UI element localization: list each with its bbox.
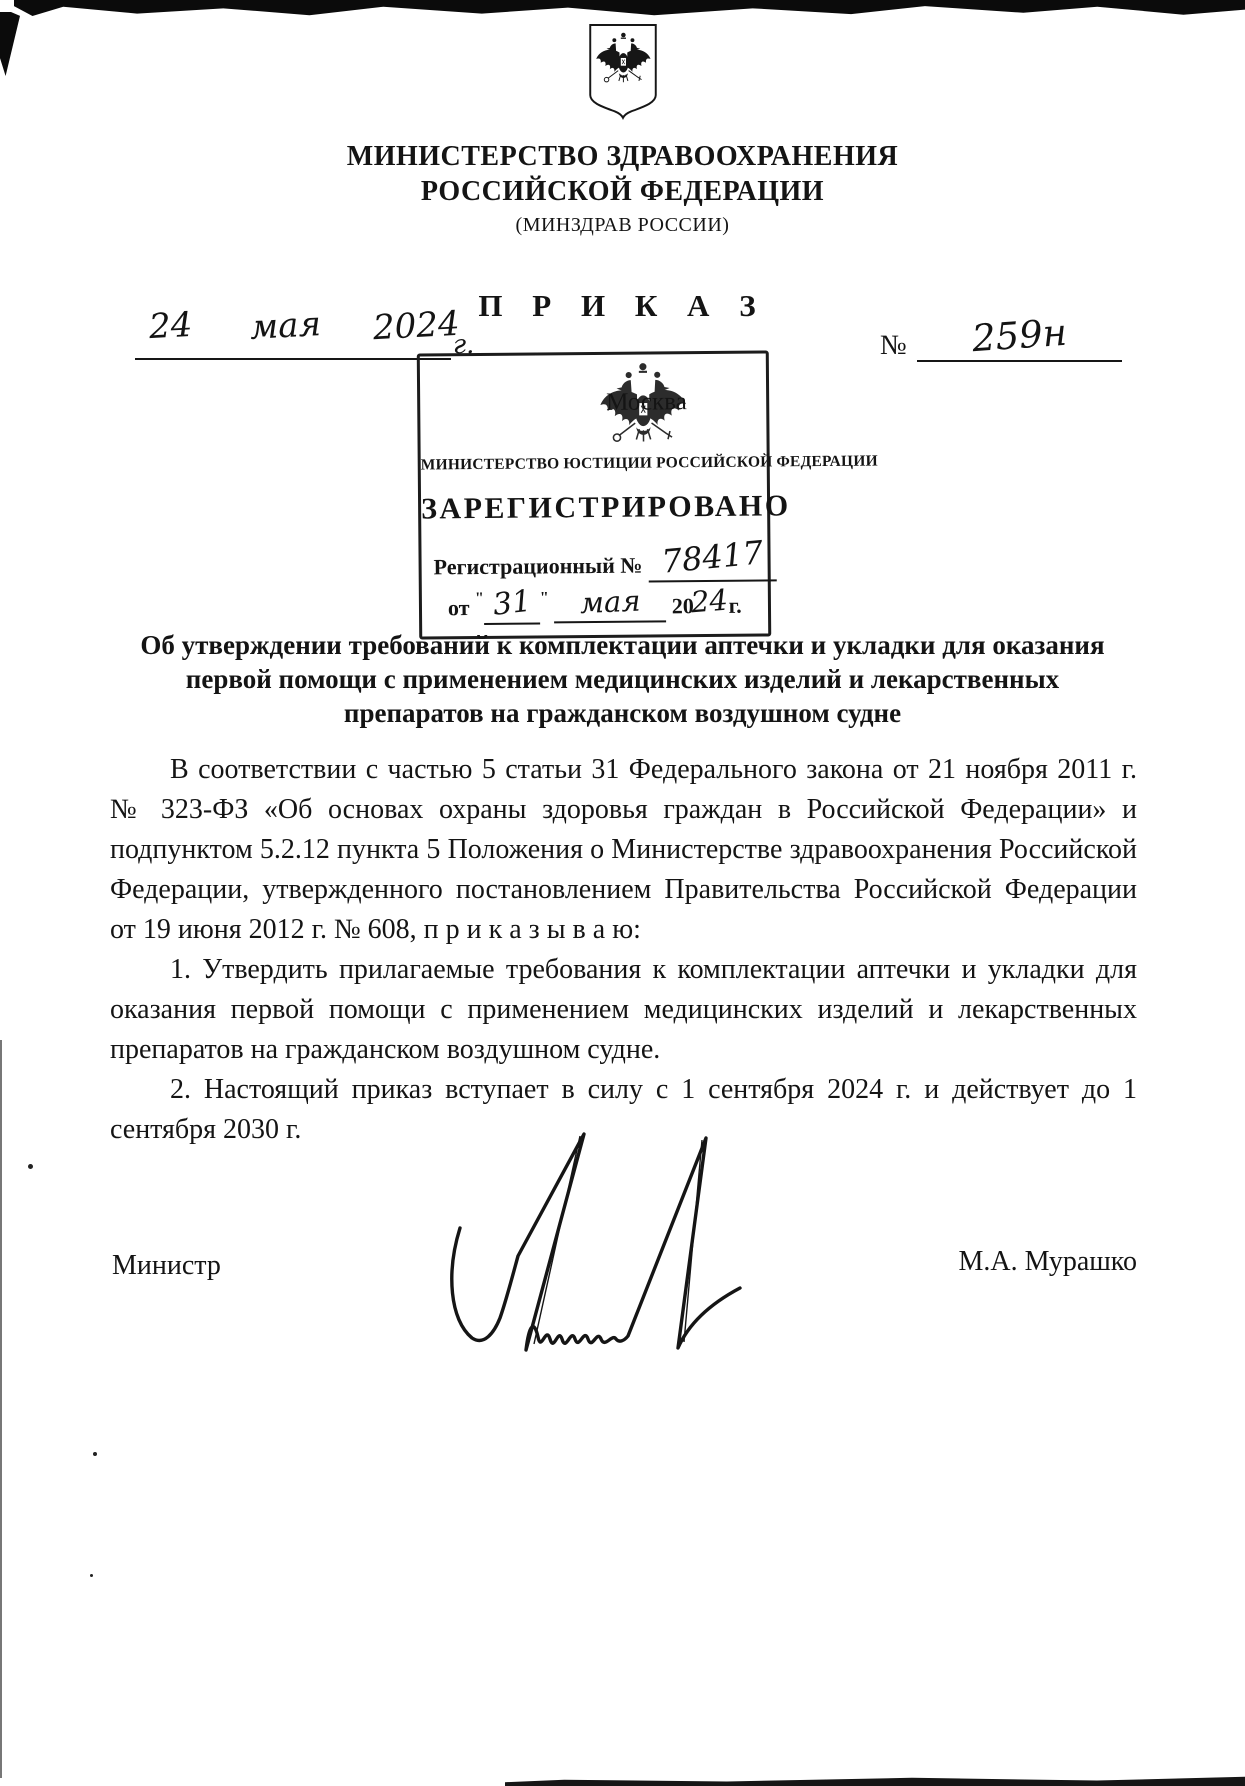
- stamp-city: Москва: [606, 388, 687, 417]
- body-paragraph-2: 1. Утвердить прилагаемые требования к ко…: [110, 950, 1137, 1070]
- stamp-reg-number-line: 78417: [648, 541, 776, 582]
- stamp-date-day-line: 31: [484, 587, 540, 624]
- stamp-quote-close: ": [540, 589, 549, 606]
- justice-registration-stamp: Москва МИНИСТЕРСТВО ЮСТИЦИИ РОССИЙСКОЙ Ф…: [417, 350, 771, 639]
- order-title-line2: первой помощи с применением медицинских …: [98, 662, 1147, 696]
- signer-position: Министр: [112, 1250, 221, 1282]
- stamp-quote-open: ": [475, 590, 484, 607]
- stamp-date-month-line: мая: [554, 586, 666, 623]
- ministry-name-line2: РОССИЙСКОЙ ФЕДЕРАЦИИ: [0, 174, 1245, 209]
- scan-speck: [28, 1164, 33, 1169]
- document-header: МИНИСТЕРСТВО ЗДРАВООХРАНЕНИЯ РОССИЙСКОЙ …: [0, 20, 1245, 237]
- signer-name: М.А. Мурашко: [959, 1246, 1138, 1278]
- scan-artifact-left-edge: [0, 1040, 2, 1778]
- stamp-reg-number-handwritten: 78417: [660, 533, 765, 581]
- minister-signature-icon: [388, 1128, 778, 1373]
- stamp-reg-label: Регистрационный №: [434, 553, 643, 580]
- stamp-date-prefix: от: [448, 595, 470, 620]
- document-page: МИНИСТЕРСТВО ЗДРАВООХРАНЕНИЯ РОССИЙСКОЙ …: [0, 0, 1245, 1786]
- order-date-day-handwritten: 24: [148, 305, 193, 347]
- scan-speck: [93, 1452, 97, 1456]
- order-date-field: 24 мая 2024: [135, 306, 451, 360]
- stamp-date-suffix: г.: [729, 593, 742, 618]
- order-title-line3: препаратов на гражданском воздушном судн…: [98, 696, 1147, 730]
- order-title-line1: Об утверждении требований к комплектации…: [98, 628, 1147, 662]
- order-date-year-handwritten: 2024: [372, 304, 461, 348]
- order-number-handwritten: 259н: [970, 311, 1068, 361]
- scan-artifact-bottom-bar: [505, 1776, 1245, 1786]
- stamp-date-month-handwritten: мая: [579, 584, 641, 621]
- scan-artifact-top-bar: [14, 0, 1245, 16]
- stamp-ministry-name: МИНИСТЕРСТВО ЮСТИЦИИ РОССИЙСКОЙ ФЕДЕРАЦИ…: [421, 453, 767, 474]
- stamp-year-handwritten: 24: [689, 583, 728, 620]
- order-body: В соответствии с частью 5 статьи 31 Феде…: [110, 750, 1137, 1150]
- stamp-registered-label: ЗАРЕГИСТРИРОВАНО: [421, 489, 767, 526]
- scan-speck: [90, 1574, 93, 1577]
- stamp-date-day-handwritten: 31: [491, 584, 533, 623]
- body-paragraph-1: В соответствии с частью 5 статьи 31 Феде…: [110, 750, 1137, 950]
- order-number-field: №259н: [880, 314, 1122, 362]
- coat-of-arms-icon: [584, 20, 662, 122]
- order-date-suffix: г.: [453, 330, 474, 360]
- ministry-short-name: (МИНЗДРАВ РОССИИ): [0, 214, 1245, 237]
- order-title: Об утверждении требований к комплектации…: [98, 628, 1147, 730]
- order-number-line: 259н: [917, 314, 1122, 362]
- number-sign: №: [880, 330, 907, 361]
- stamp-date-row: от "31" мая 2024г.: [448, 586, 742, 626]
- stamp-registration-number-row: Регистрационный №78417: [433, 541, 776, 584]
- order-date-month-handwritten: мая: [249, 304, 322, 348]
- ministry-name-line1: МИНИСТЕРСТВО ЗДРАВООХРАНЕНИЯ: [0, 139, 1245, 174]
